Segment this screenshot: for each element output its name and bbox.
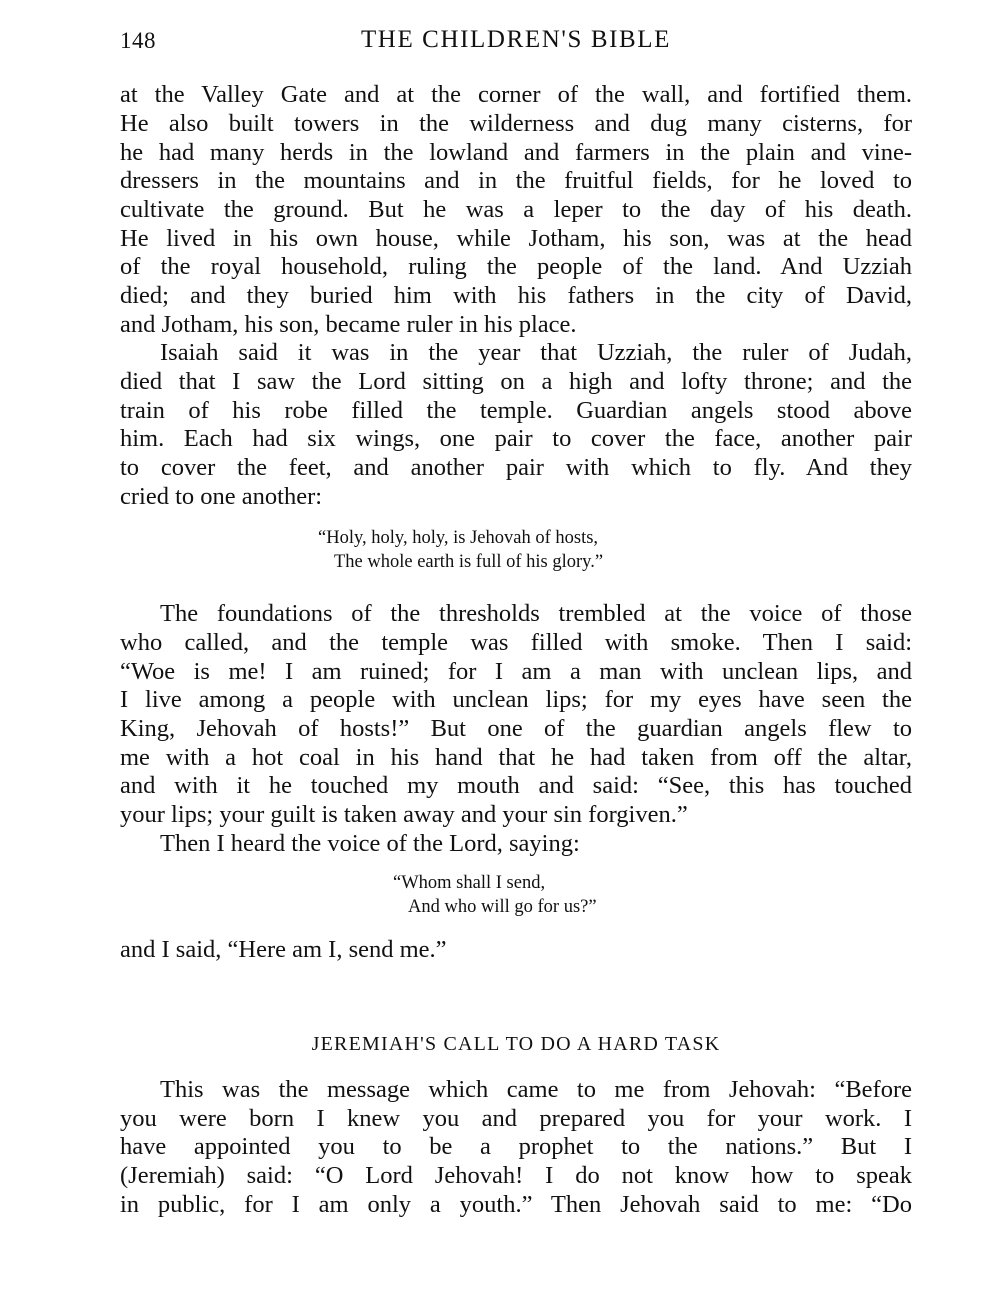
running-title: THE CHILDREN'S BIBLE (120, 26, 912, 54)
text-line: King, Jehovah of hosts!” But one of the … (120, 714, 912, 743)
text-line: and with it he touched my mouth and said… (120, 771, 912, 800)
verse-line: “Holy, holy, holy, is Jehovah of hosts, (318, 526, 598, 550)
text-line: have appointed you to be a prophet to th… (120, 1132, 912, 1161)
text-line: in public, for I am only a youth.” Then … (120, 1190, 912, 1219)
text-line: of the royal household, ruling the peopl… (120, 252, 912, 281)
text-line: to cover the feet, and another pair with… (120, 453, 912, 482)
text-line: Isaiah said it was in the year that Uzzi… (160, 338, 912, 367)
text-line: died that I saw the Lord sitting on a hi… (120, 367, 912, 396)
text-line: (Jeremiah) said: “O Lord Jehovah! I do n… (120, 1161, 912, 1190)
text-line: train of his robe filled the temple. Gua… (120, 396, 912, 425)
verse-line: And who will go for us?” (408, 895, 597, 919)
text-line: cultivate the ground. But he was a leper… (120, 195, 912, 224)
text-line: he had many herds in the lowland and far… (120, 138, 912, 167)
text-line: me with a hot coal in his hand that he h… (120, 743, 912, 772)
text-line: He also built towers in the wilderness a… (120, 109, 912, 138)
text-line: and Jotham, his son, became ruler in his… (120, 310, 912, 339)
text-line: and I said, “Here am I, send me.” (120, 935, 912, 964)
section-heading: JEREMIAH'S CALL TO DO A HARD TASK (120, 1033, 912, 1056)
text-line: at the Valley Gate and at the corner of … (120, 80, 912, 109)
book-page: 148 THE CHILDREN'S BIBLE at the Valley G… (0, 0, 1000, 1308)
text-line: your lips; your guilt is taken away and … (120, 800, 912, 829)
text-line: you were born I knew you and prepared yo… (120, 1104, 912, 1133)
text-line: “Woe is me! I am ruined; for I am a man … (120, 657, 912, 686)
text-line: who called, and the temple was filled wi… (120, 628, 912, 657)
text-line: This was the message which came to me fr… (160, 1075, 912, 1104)
text-line: him. Each had six wings, one pair to cov… (120, 424, 912, 453)
verse-line: “Whom shall I send, (393, 871, 545, 895)
verse-line: The whole earth is full of his glory.” (334, 550, 603, 574)
text-line: He lived in his own house, while Jotham,… (120, 224, 912, 253)
text-line: The foundations of the thresholds trembl… (160, 599, 912, 628)
text-line: Then I heard the voice of the Lord, sayi… (160, 829, 912, 858)
running-head: 148 THE CHILDREN'S BIBLE (120, 24, 912, 60)
text-line: cried to one another: (120, 482, 912, 511)
text-line: I live among a people with unclean lips;… (120, 685, 912, 714)
text-line: dressers in the mountains and in the fru… (120, 166, 912, 195)
text-line: died; and they buried him with his fathe… (120, 281, 912, 310)
